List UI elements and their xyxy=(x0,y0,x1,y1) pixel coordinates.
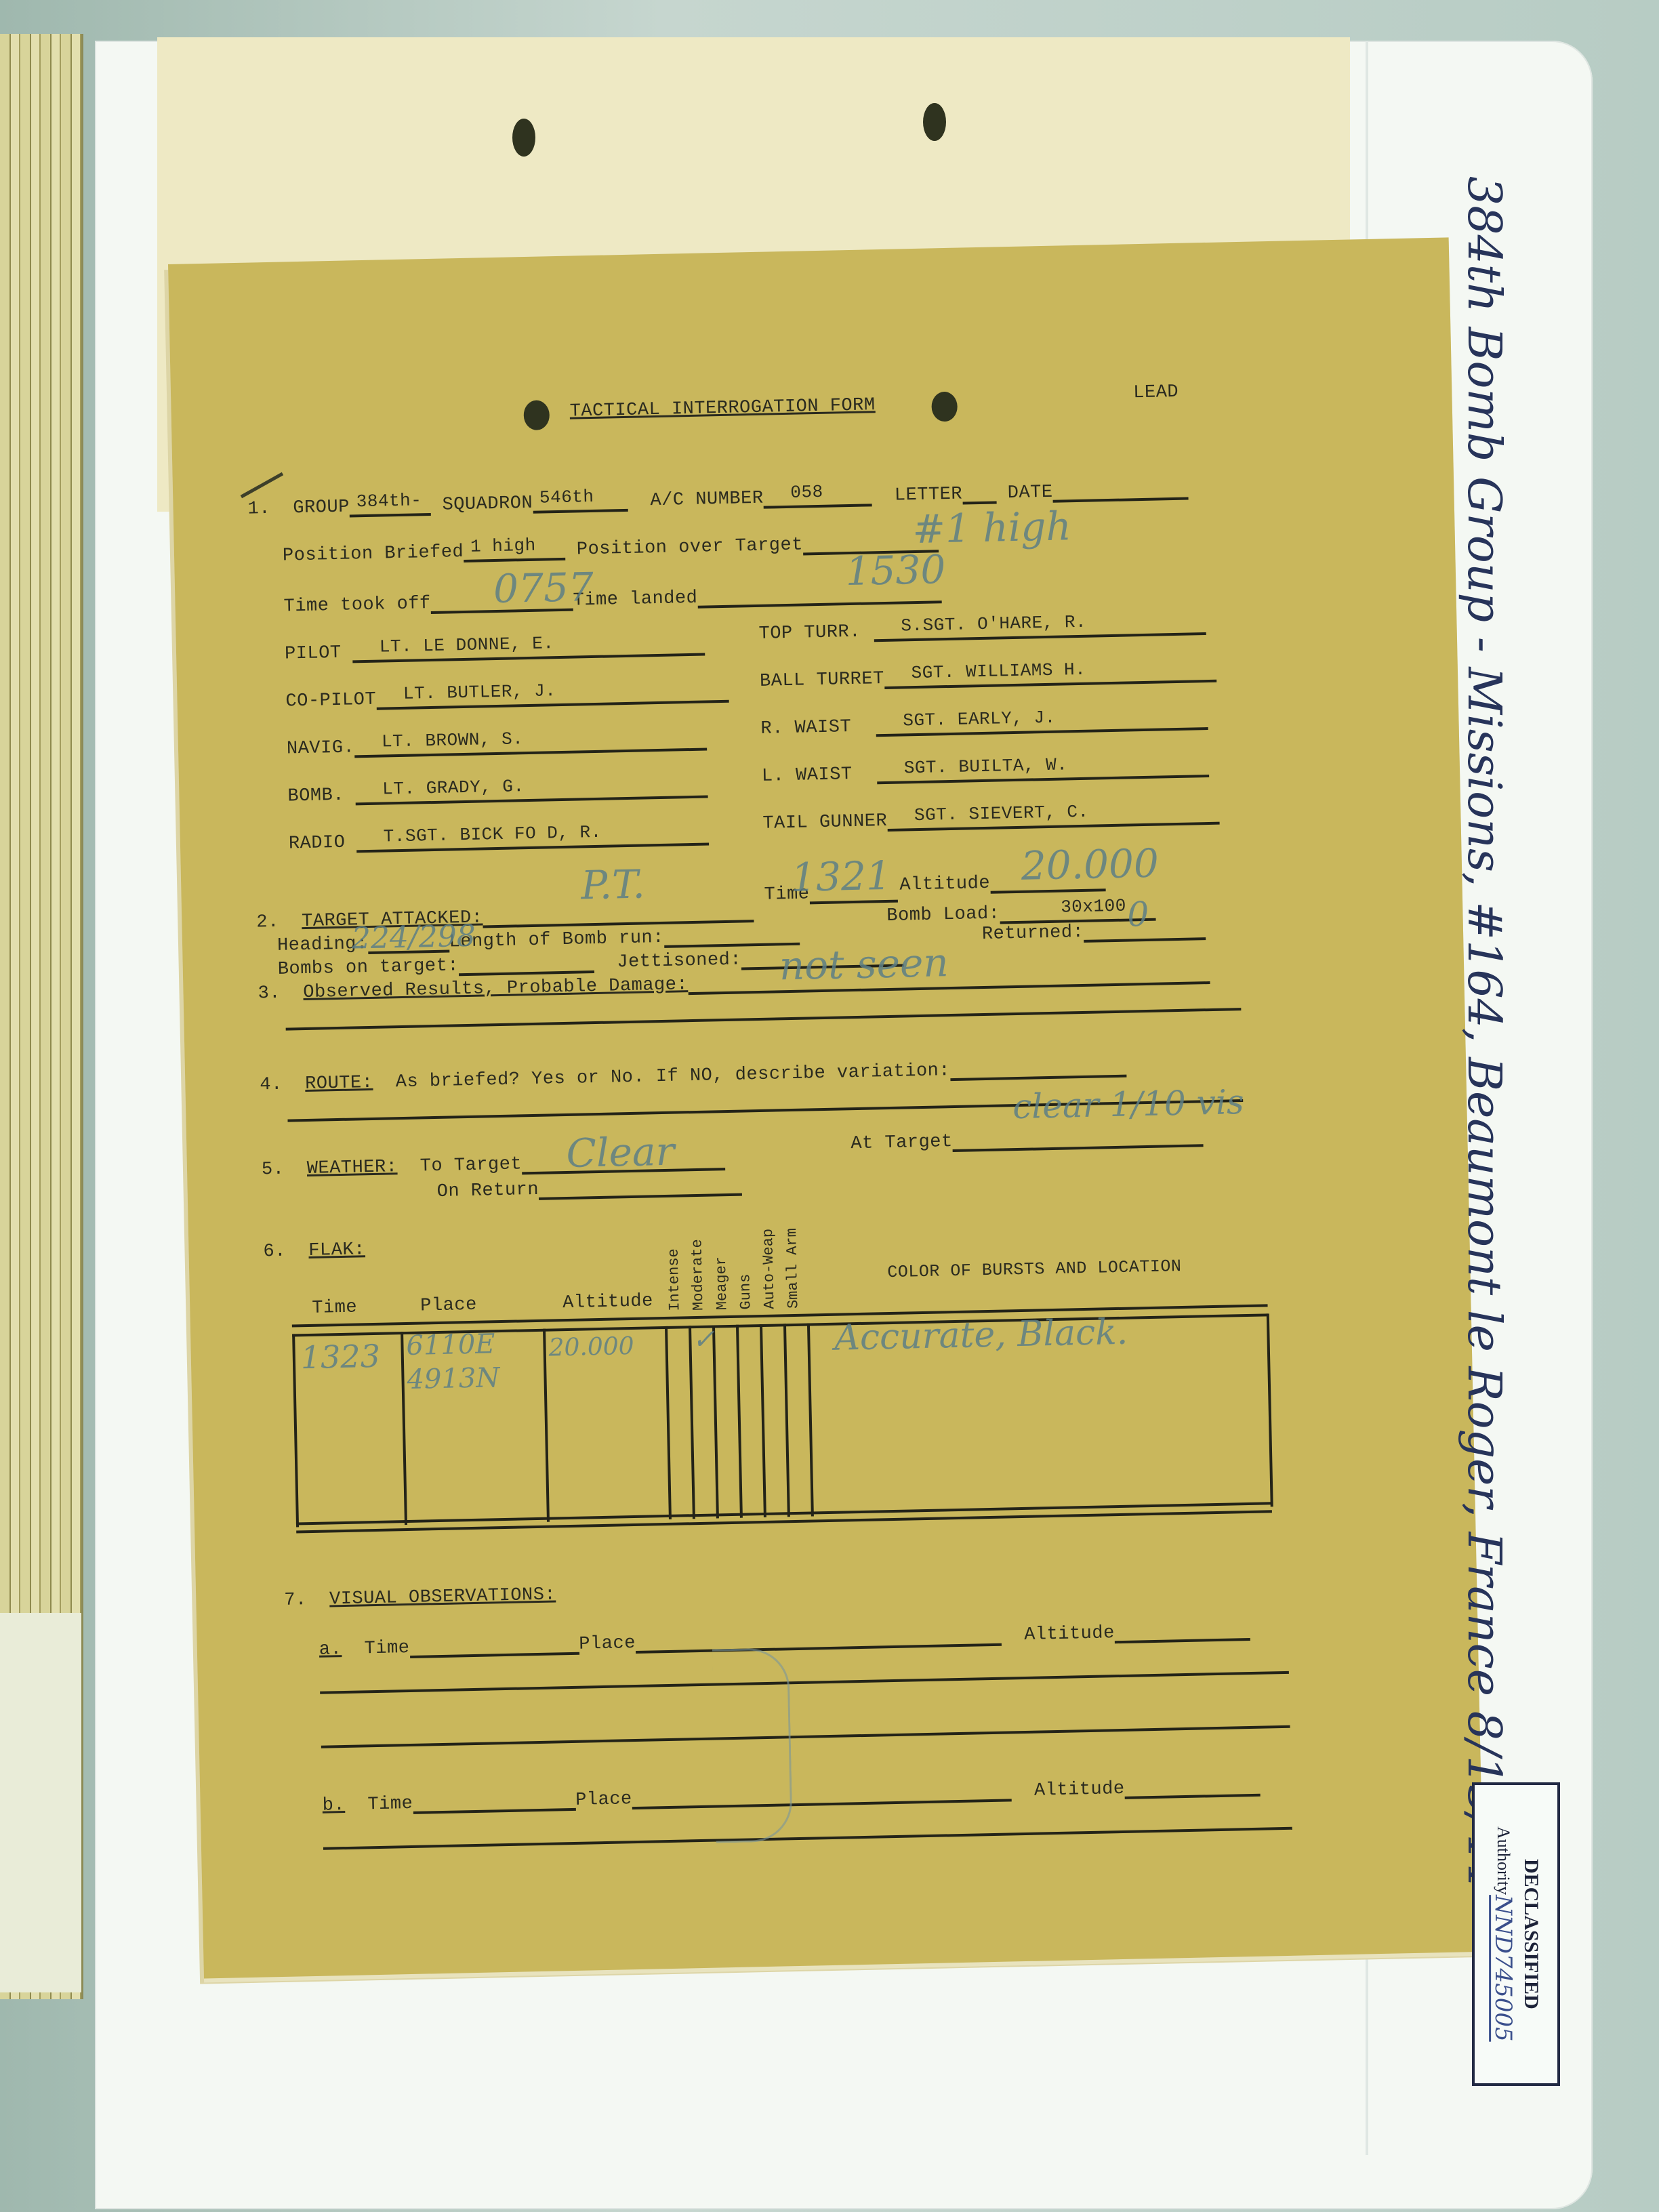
route-question: As briefed? Yes or No. If NO, describe v… xyxy=(395,1061,950,1092)
visual-a-time-field[interactable] xyxy=(409,1632,579,1658)
group-label: GROUP xyxy=(293,497,350,518)
declassified-title: DECLASSIFIED xyxy=(1519,1859,1542,2009)
visual-a-place-field[interactable] xyxy=(636,1623,1002,1654)
punch-hole-icon xyxy=(523,400,550,430)
crew-row-left: NAVIG.LT. BROWN, S. xyxy=(287,728,708,760)
item-b-label: b. xyxy=(322,1795,345,1816)
crew-name-field[interactable]: SGT. WILLIAMS H. xyxy=(884,659,1216,689)
heading-handwritten: 224/298 xyxy=(351,919,476,956)
crew-role-label: BOMB. xyxy=(287,785,356,806)
visual-b-line-2[interactable] xyxy=(323,1827,1292,1850)
crew-role-label: BALL TURRET xyxy=(760,669,884,692)
letter-field[interactable] xyxy=(962,480,997,504)
flak-place-cell: 6110E xyxy=(406,1328,495,1361)
section-number: 5. xyxy=(262,1160,285,1181)
crew-role-label: R. WAIST xyxy=(760,716,876,739)
flak-column-header: Meager xyxy=(712,1215,731,1310)
declassified-stamp: DECLASSIFIED AuthorityNND745005 xyxy=(1472,1782,1560,2086)
flak-column-header: Guns xyxy=(736,1214,755,1309)
crew-row-right: R. WAISTSGT. EARLY, J. xyxy=(760,707,1208,739)
flak-place-cell: 4913N xyxy=(407,1362,500,1395)
crew-row-left: RADIOT.SGT. BICK FO D, R. xyxy=(289,822,710,854)
section-number: 1. xyxy=(247,499,270,520)
flak-column-header: Auto-Weap xyxy=(760,1214,779,1309)
observed-results-handwritten: not seen xyxy=(779,939,949,989)
crew-name-field[interactable]: LT. LE DONNE, E. xyxy=(352,633,705,663)
bombs-on-target-field[interactable] xyxy=(459,950,595,976)
tactical-interrogation-form: TACTICAL INTERROGATION FORM LEAD 1. GROU… xyxy=(168,237,1485,1978)
position-briefed-label: Position Briefed xyxy=(283,542,464,567)
crew-name-field[interactable]: LT. GRADY, G. xyxy=(355,775,708,805)
observed-results-label: Observed Results, Probable Damage: xyxy=(303,975,688,1003)
flak-table-column-divider xyxy=(760,1324,766,1517)
crew-row-left: BOMB.LT. GRADY, G. xyxy=(287,775,708,806)
altitude-label: Altitude xyxy=(899,874,990,896)
at-target-label: At Target xyxy=(851,1132,953,1154)
flak-table-column-divider xyxy=(1267,1313,1273,1507)
altitude-label: Altitude xyxy=(1024,1623,1115,1645)
visual-observations-label: VISUAL OBSERVATIONS: xyxy=(329,1584,556,1610)
flak-label: FLAK: xyxy=(308,1240,365,1261)
punch-hole-icon xyxy=(512,119,535,157)
visual-b-time-field[interactable] xyxy=(413,1788,576,1814)
date-label: DATE xyxy=(1007,483,1052,504)
altitude-handwritten: 20.000 xyxy=(1021,840,1159,889)
jettisoned-label: Jettisoned: xyxy=(617,950,741,973)
section-number: 3. xyxy=(258,983,281,1004)
visual-a-line-2[interactable] xyxy=(320,1671,1289,1694)
flak-column-header: Time xyxy=(312,1297,357,1318)
target-attacked-handwritten: P.T. xyxy=(581,861,646,908)
at-target-field[interactable] xyxy=(952,1124,1204,1152)
ac-number-field[interactable]: 058 xyxy=(763,483,872,508)
time-landed-handwritten: 1530 xyxy=(845,546,946,594)
declassified-authority: AuthorityNND745005 xyxy=(1490,1826,1517,2042)
section-number: 6. xyxy=(263,1242,286,1263)
crew-role-label: CO-PILOT xyxy=(285,690,376,712)
flak-column-header: Moderate xyxy=(689,1216,708,1311)
on-return-label: On Return xyxy=(436,1180,539,1202)
check-mark-icon xyxy=(231,455,283,498)
crew-name-field[interactable]: S.SGT. O'HARE, R. xyxy=(874,612,1206,642)
time-label: Time xyxy=(367,1794,413,1815)
crew-row-right: BALL TURRETSGT. WILLIAMS H. xyxy=(760,659,1216,692)
flak-table-column-divider xyxy=(665,1326,672,1519)
time-label: Time xyxy=(364,1638,409,1659)
crew-name-field[interactable]: LT. BROWN, S. xyxy=(354,728,708,758)
crew-row-right: L. WAISTSGT. BUILTA, W. xyxy=(762,754,1210,787)
visual-b-altitude-field[interactable] xyxy=(1124,1774,1261,1799)
group-field[interactable]: 384th- xyxy=(349,493,431,518)
weather-to-target-handwritten: Clear xyxy=(566,1128,675,1176)
returned-handwritten: 0 xyxy=(1127,895,1149,935)
flak-table-column-divider xyxy=(292,1334,299,1527)
crew-row-right: TOP TURR.S.SGT. O'HARE, R. xyxy=(758,612,1206,644)
crew-name-field[interactable]: SGT. BUILTA, W. xyxy=(877,754,1210,784)
flak-column-header: COLOR OF BURSTS AND LOCATION xyxy=(887,1256,1182,1282)
crew-role-label: NAVIG. xyxy=(287,737,355,759)
section-number: 7. xyxy=(284,1590,307,1611)
punch-hole-icon xyxy=(931,392,958,422)
time-took-off-label: Time took off xyxy=(283,594,431,617)
crew-role-label: TAIL GUNNER xyxy=(762,811,887,834)
crew-name-field[interactable]: T.SGT. BICK FO D, R. xyxy=(356,822,710,853)
squadron-field[interactable]: 546th xyxy=(533,489,628,514)
flak-table-column-divider xyxy=(736,1325,743,1518)
ac-number-label: A/C NUMBER xyxy=(650,489,764,511)
visual-a-altitude-field[interactable] xyxy=(1114,1618,1250,1643)
position-tag: LEAD xyxy=(1133,382,1179,403)
section-number: 4. xyxy=(260,1075,283,1096)
form-title: TACTICAL INTERROGATION FORM xyxy=(569,395,876,422)
crew-row-right: TAIL GUNNERSGT. SIEVERT, C. xyxy=(762,802,1219,834)
flak-column-header: Altitude xyxy=(562,1291,653,1313)
crew-role-label: TOP TURR. xyxy=(758,621,874,644)
handwritten-bracket-mark xyxy=(712,1647,793,1843)
crew-row-left: PILOTLT. LE DONNE, E. xyxy=(285,633,705,665)
weather-at-target-handwritten: clear 1/10 vis xyxy=(1012,1082,1244,1126)
route-variation-field[interactable] xyxy=(950,1054,1127,1081)
crew-name-field[interactable]: LT. BUTLER, J. xyxy=(376,680,729,710)
crew-name-field[interactable]: SGT. SIEVERT, C. xyxy=(887,802,1220,832)
flak-meager-check-icon: ✓ xyxy=(692,1324,715,1355)
item-a-label: a. xyxy=(319,1639,342,1660)
place-label: Place xyxy=(579,1633,636,1655)
crew-role-label: L. WAIST xyxy=(762,764,878,787)
bombs-on-target-label: Bombs on target: xyxy=(278,956,459,980)
position-over-target-label: Position over Target xyxy=(577,535,804,560)
crew-name-field[interactable]: SGT. EARLY, J. xyxy=(876,707,1208,737)
flak-column-header: Intense xyxy=(665,1216,684,1311)
returned-label: Returned: xyxy=(982,922,1084,945)
flak-column-header: Place xyxy=(420,1295,477,1317)
punch-hole-icon xyxy=(923,103,946,141)
time-took-off-handwritten: 0757 xyxy=(493,564,594,612)
observed-results-line-2[interactable] xyxy=(286,1008,1242,1031)
squadron-label: SQUADRON xyxy=(442,493,533,516)
crew-row-left: CO-PILOTLT. BUTLER, J. xyxy=(285,680,729,712)
flak-time-cell: 1323 xyxy=(300,1338,380,1376)
crew-role-label: PILOT xyxy=(285,642,353,664)
altitude-label: Altitude xyxy=(1034,1779,1125,1801)
position-over-target-handwritten: #1 high xyxy=(912,503,1072,552)
on-return-field[interactable] xyxy=(539,1173,743,1200)
target-time-handwritten: 1321 xyxy=(790,853,891,901)
visual-b-place-field[interactable] xyxy=(632,1778,1012,1809)
letter-label: LETTER xyxy=(895,485,963,506)
folder-handwritten-label: 384th Bomb Group - Missions, #164, Beaum… xyxy=(1457,176,1511,1889)
flak-table-column-divider xyxy=(783,1324,790,1517)
flak-color-cell: Accurate, Black. xyxy=(834,1312,1128,1359)
position-briefed-field[interactable]: 1 high xyxy=(464,537,566,562)
route-label: ROUTE: xyxy=(305,1073,373,1094)
place-label: Place xyxy=(575,1789,632,1811)
flak-column-header: Small Arm xyxy=(783,1214,802,1309)
visual-a-line-3[interactable] xyxy=(321,1725,1290,1748)
stacked-papers-left-bottom xyxy=(0,1613,81,1992)
weather-label: WEATHER: xyxy=(307,1157,398,1179)
flak-table-column-divider xyxy=(807,1324,814,1517)
flak-altitude-cell: 20.000 xyxy=(548,1332,634,1362)
date-field[interactable] xyxy=(1052,477,1189,503)
to-target-label: To Target xyxy=(419,1154,522,1176)
crew-role-label: RADIO xyxy=(289,832,357,854)
section-number: 2. xyxy=(256,912,279,933)
